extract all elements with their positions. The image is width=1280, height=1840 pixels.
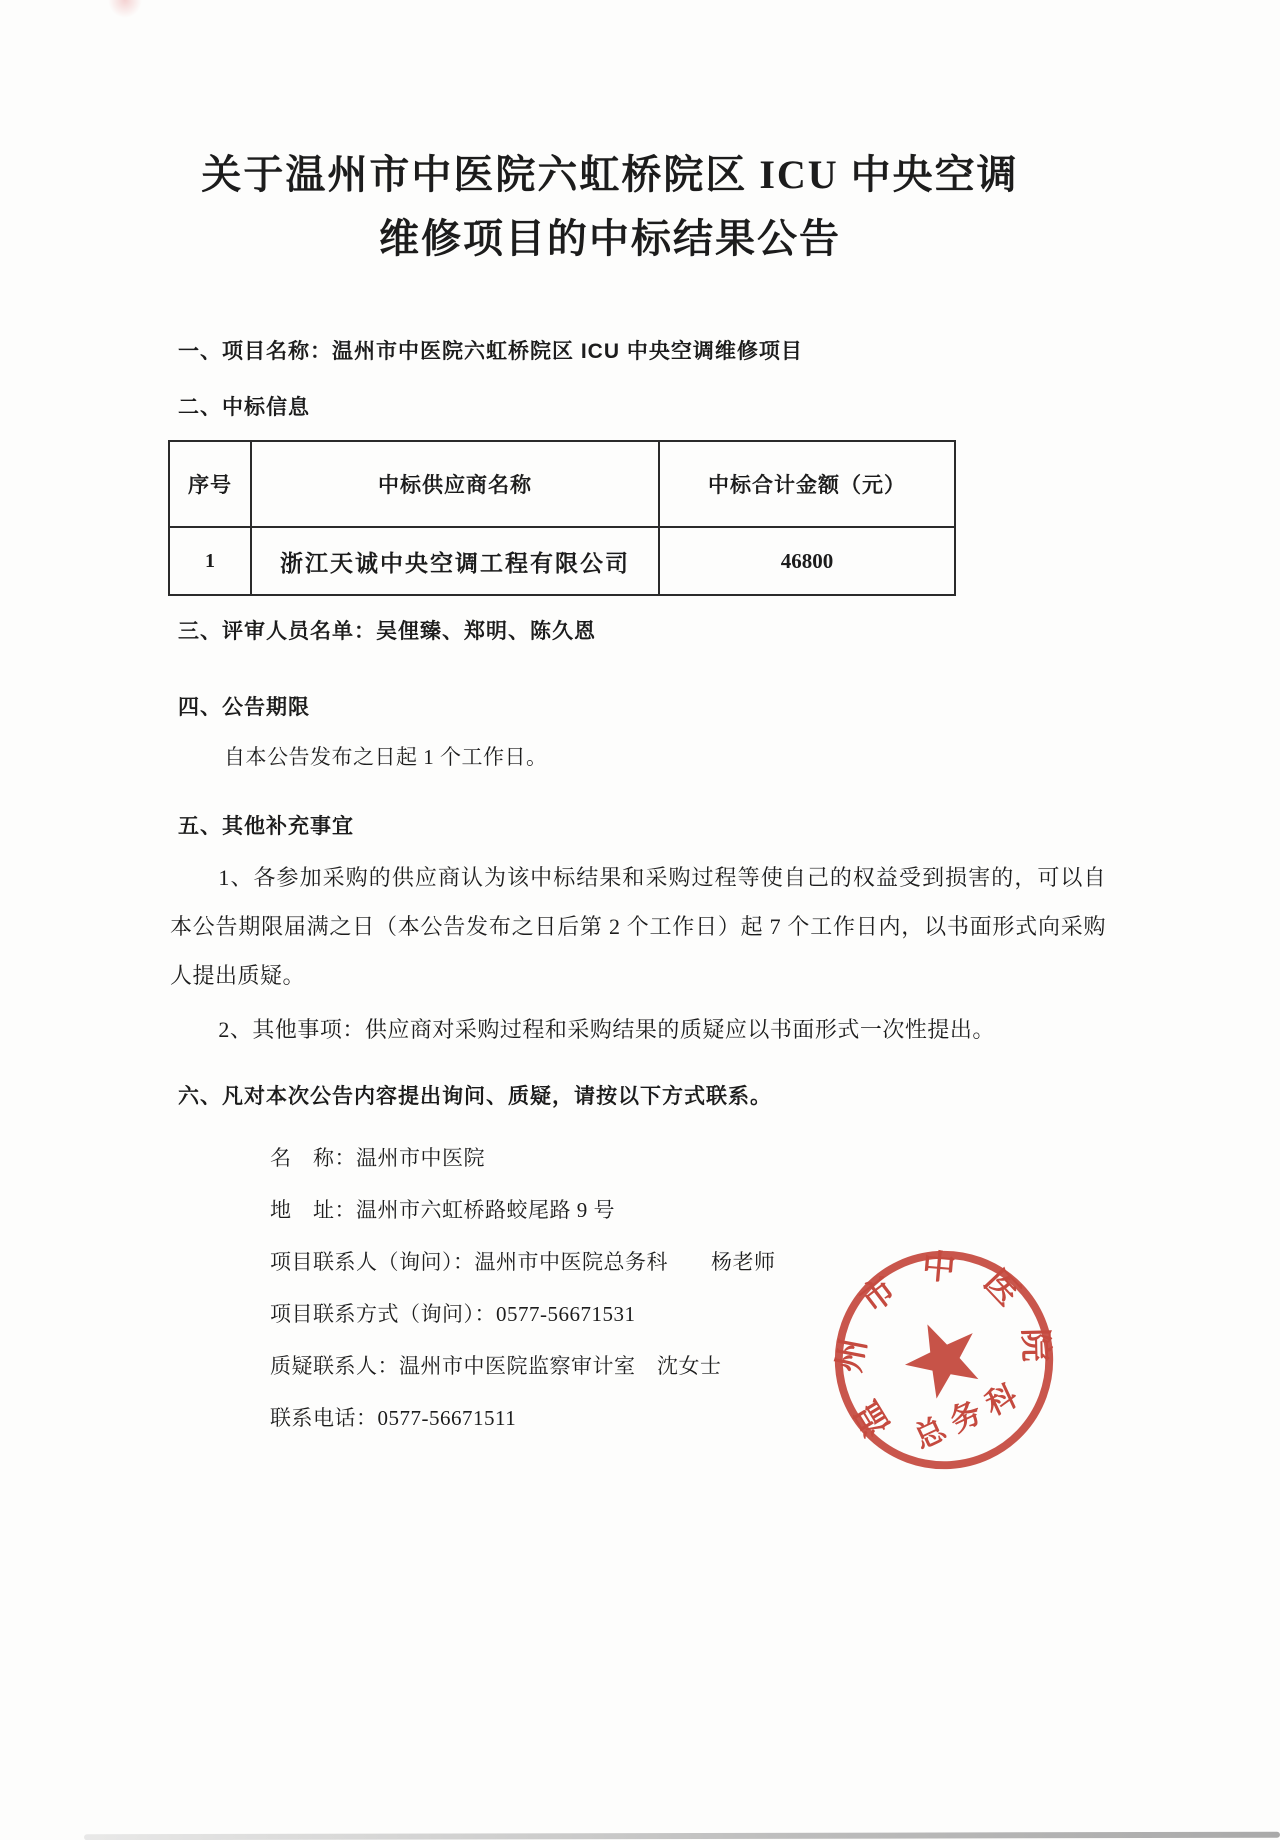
- contact-block: 名 称：温州市中医院 地 址：温州市六虹桥路蛟尾路 9 号 项目联系人（询问）：…: [270, 1132, 776, 1444]
- official-red-seal: 温州市中医院 总务科: [826, 1242, 1062, 1478]
- cell-supplier: 浙江天诚中央空调工程有限公司: [251, 527, 659, 595]
- section-2-award-info: 二、中标信息: [178, 394, 310, 422]
- section-5-item-1: 1、各参加采购的供应商认为该中标结果和采购过程等使自己的权益受到损害的，可以自本…: [170, 853, 1106, 1000]
- section-4-notice-period-heading: 四、公告期限: [178, 694, 310, 722]
- contact-phone: 联系电话：0577-56671511: [270, 1392, 776, 1444]
- contact-project-phone: 项目联系方式（询问）：0577-56671531: [270, 1288, 776, 1340]
- cell-amount: 46800: [659, 527, 955, 595]
- section-4-notice-period-body: 自本公告发布之日起 1 个工作日。: [224, 743, 548, 771]
- contact-challenge-person: 质疑联系人：温州市中医院监察审计室 沈女士: [270, 1340, 776, 1392]
- section-5-item-2: 2、其他事项：供应商对采购过程和采购结果的质疑应以书面形式一次性提出。: [170, 1005, 1106, 1054]
- column-header-seq: 序号: [169, 441, 251, 527]
- document-title-line-1: 关于温州市中医院六虹桥院区 ICU 中央空调: [0, 146, 1220, 204]
- contact-project-person: 项目联系人（询问）：温州市中医院总务科 杨老师: [270, 1236, 776, 1288]
- column-header-supplier: 中标供应商名称: [251, 441, 659, 527]
- seal-star-icon: [894, 1309, 992, 1405]
- contact-name: 名 称：温州市中医院: [270, 1132, 776, 1184]
- announcement-document: 关于温州市中医院六虹桥院区 ICU 中央空调 维修项目的中标结果公告 一、项目名…: [0, 0, 1280, 1840]
- section-6-contact-heading: 六、凡对本次公告内容提出询问、质疑，请按以下方式联系。: [178, 1083, 772, 1111]
- table-row: 1 浙江天诚中央空调工程有限公司 46800: [169, 527, 955, 595]
- contact-address: 地 址：温州市六虹桥路蛟尾路 9 号: [270, 1184, 776, 1236]
- table-header-row: 序号 中标供应商名称 中标合计金额（元）: [169, 441, 955, 527]
- cell-seq: 1: [169, 527, 251, 595]
- section-1-project-name: 一、项目名称：温州市中医院六虹桥院区 ICU 中央空调维修项目: [178, 338, 803, 366]
- column-header-amount: 中标合计金额（元）: [659, 441, 955, 527]
- scan-ink-smudge: [108, 0, 142, 18]
- scan-bottom-edge: [84, 1832, 1280, 1840]
- award-result-table: 序号 中标供应商名称 中标合计金额（元） 1 浙江天诚中央空调工程有限公司 46…: [168, 440, 956, 596]
- section-5-supplementary-heading: 五、其他补充事宜: [178, 813, 354, 841]
- document-title-line-2: 维修项目的中标结果公告: [0, 210, 1220, 268]
- section-3-review-panel: 三、评审人员名单：吴俚臻、郑明、陈久恩: [178, 618, 596, 646]
